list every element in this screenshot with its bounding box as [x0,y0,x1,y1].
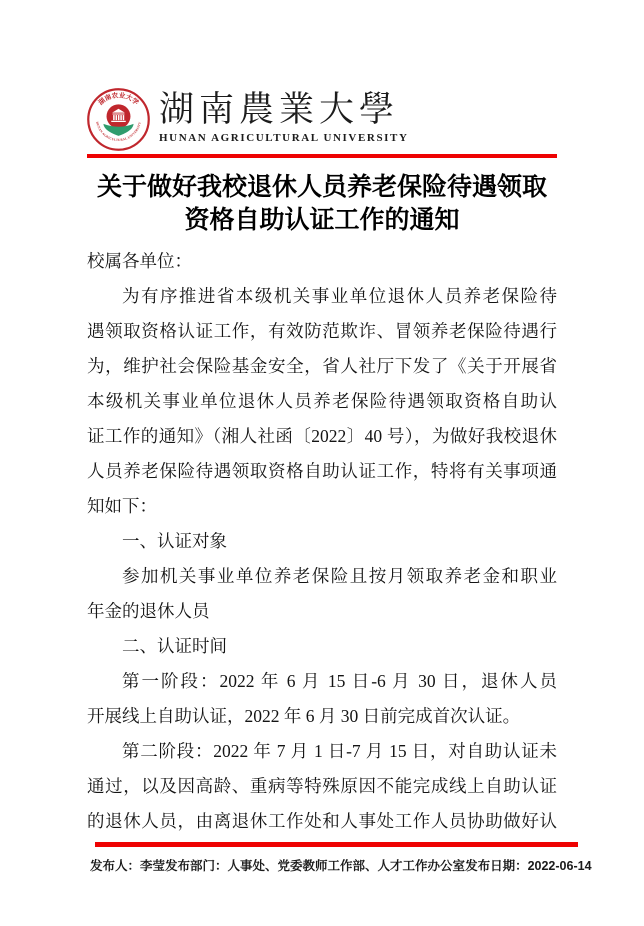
body-line: 人员养老保险待遇领取资格自助认证工作，特将有关事项通 [87,454,557,489]
body-line: 证工作的通知》（湘人社函〔2022〕40 号），为做好我校退休 [87,419,557,454]
department-value: 人事处、党委教师工作部、人才工作办公室 [228,859,466,873]
publish-date-label: 发布日期： [465,859,528,873]
body-line: 通过，以及因高龄、重病等特殊原因不能完成线上自助认证 [87,769,557,804]
document-body: 校属各单位： 为有序推进省本级机关事业单位退休人员养老保险待 遇领取资格认证工作… [87,244,557,839]
body-line: 参加机关事业单位养老保险且按月领取养老金和职业 [87,559,557,594]
notice-page: 湖南农业大学 HUNAN AGRICULTURAL UNIVERSITY 湖南農… [0,0,644,926]
publish-meta-bar: 发布人：李莹 发布部门：人事处、党委教师工作部、人才工作办公室 发布日期：202… [90,856,564,874]
university-names: 湖南農業大學 HUNAN AGRICULTURAL UNIVERSITY [159,88,409,144]
body-line: 遇领取资格认证工作，有效防范欺诈、冒领养老保险待遇行 [87,314,557,349]
page-header: 湖南农业大学 HUNAN AGRICULTURAL UNIVERSITY 湖南農… [87,88,557,151]
footer-red-rule [95,842,578,847]
body-section-heading: 一、认证对象 [87,524,557,559]
publish-date-value: 2022-06-14 [528,859,592,873]
body-section-heading: 二、认证时间 [87,629,557,664]
publish-date-field: 发布日期：2022-06-14 [465,856,591,874]
university-seal-icon: 湖南农业大学 HUNAN AGRICULTURAL UNIVERSITY [87,88,150,151]
university-name-zh: 湖南農業大學 [159,90,409,130]
department-label: 发布部门： [165,859,228,873]
body-line: 第一阶段：2022 年 6 月 15 日-6 月 30 日，退休人员 [87,664,557,699]
body-line: 知如下： [87,489,557,524]
body-line: 校属各单位： [87,244,557,279]
body-line: 的退休人员，由离退休工作处和人事处工作人员协助做好认 [87,804,557,839]
body-line: 年金的退休人员 [87,594,557,629]
body-line: 本级机关事业单位退休人员养老保险待遇领取资格自助认 [87,384,557,419]
body-line: 为有序推进省本级机关事业单位退休人员养老保险待 [87,279,557,314]
department-field: 发布部门：人事处、党委教师工作部、人才工作办公室 [165,856,465,874]
university-name-en: HUNAN AGRICULTURAL UNIVERSITY [159,132,409,144]
header-red-rule [87,154,557,158]
publisher-value: 李莹 [140,859,165,873]
publisher-label: 发布人： [90,859,140,873]
document-title-line1: 关于做好我校退休人员养老保险待遇领取 [87,171,557,204]
body-line: 第二阶段：2022 年 7 月 1 日-7 月 15 日，对自助认证未 [87,734,557,769]
body-line: 开展线上自助认证，2022 年 6 月 30 日前完成首次认证。 [87,699,557,734]
document-title-line2: 资格自助认证工作的通知 [87,204,557,237]
publisher-field: 发布人：李莹 [90,856,165,874]
document-title: 关于做好我校退休人员养老保险待遇领取 资格自助认证工作的通知 [87,171,557,237]
body-line: 为，维护社会保险基金安全，省人社厅下发了《关于开展省 [87,349,557,384]
